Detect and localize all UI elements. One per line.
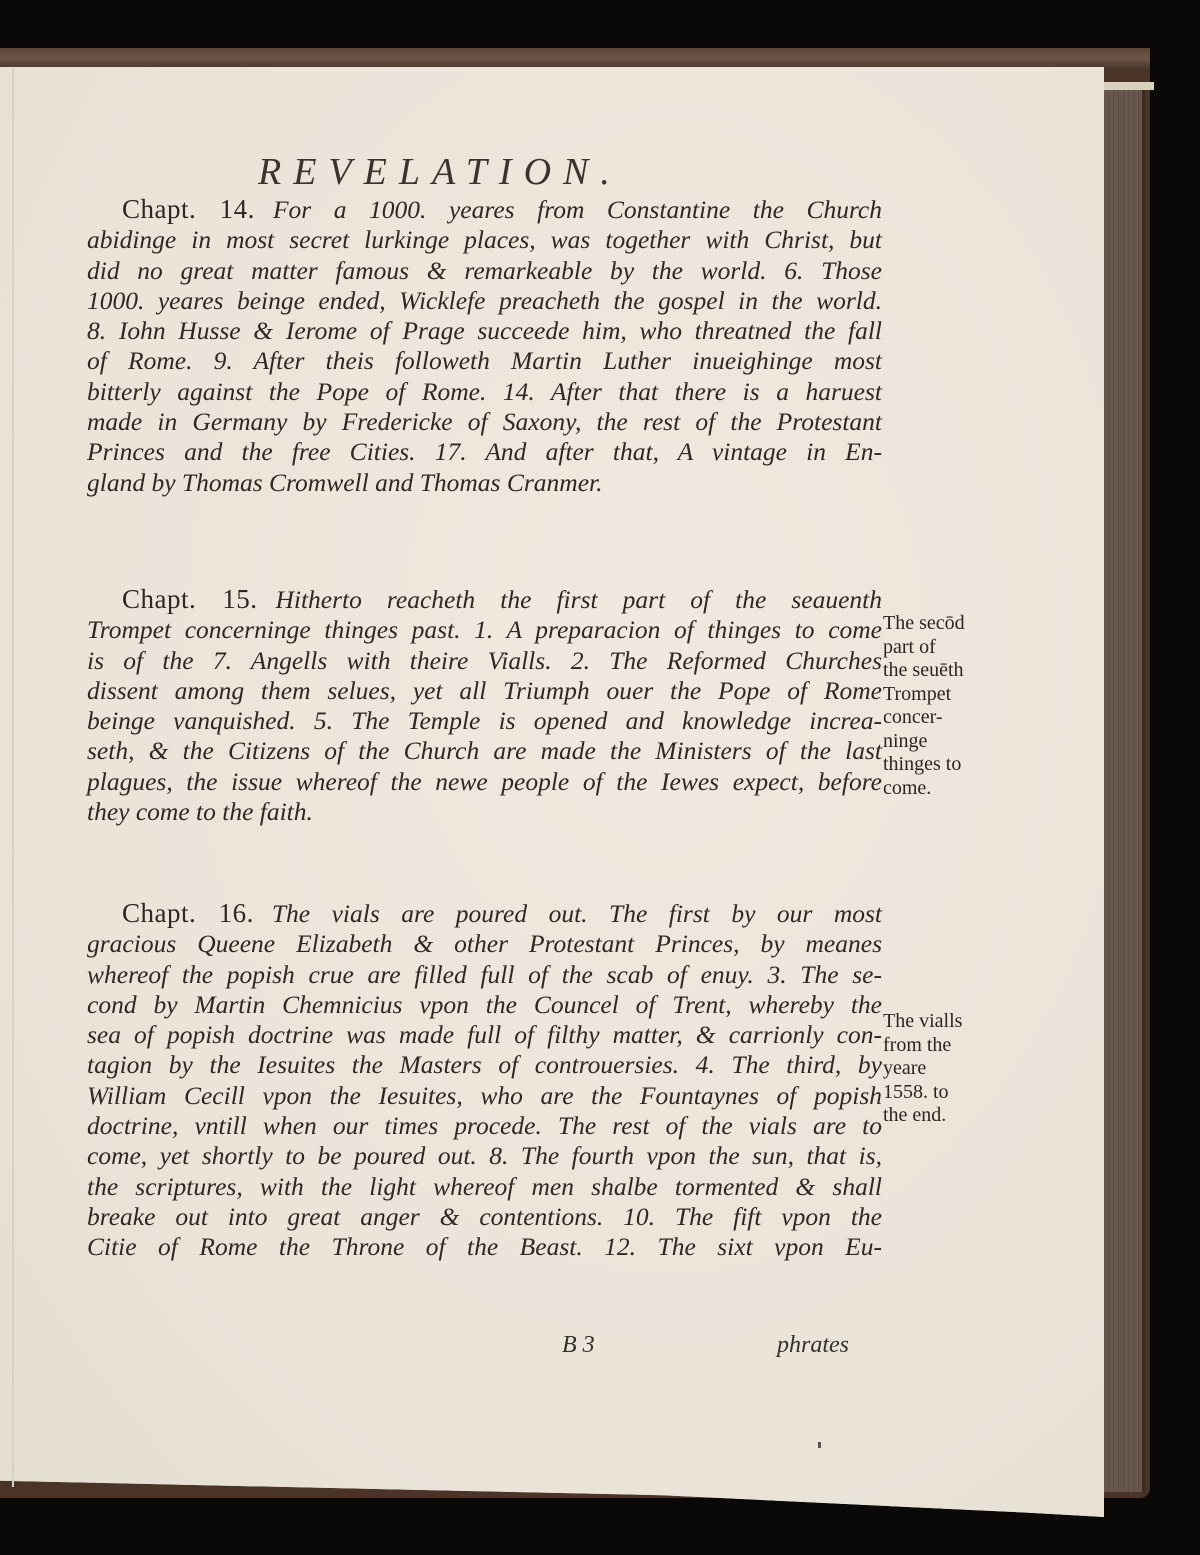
- chapter-15-paragraph: Chapt. 15.Hitherto reacheth the first pa…: [87, 584, 882, 827]
- text-line: is of the 7. Angells with theire Vialls.…: [87, 646, 882, 676]
- text-line: doctrine, vntill when our times procede.…: [87, 1111, 882, 1141]
- text-line: bitterly against the Pope of Rome. 14. A…: [87, 377, 882, 407]
- text-line: tagion by the Iesuites the Masters of co…: [87, 1050, 882, 1080]
- text-line: sea of popish doctrine was made full of …: [87, 1020, 882, 1050]
- catchword: phrates: [777, 1332, 849, 1359]
- text-line: abidinge in most secret lurkinge places,…: [87, 225, 882, 255]
- ink-speck: [818, 1442, 821, 1448]
- gutter-fold: [12, 67, 14, 1487]
- book-cover-top-edge: [0, 48, 1150, 68]
- page-fore-edge: [1100, 82, 1145, 1492]
- text-line: 8. Iohn Husse & Ierome of Prage succeede…: [87, 316, 882, 346]
- text-line: beinge vanquished. 5. The Temple is open…: [87, 706, 882, 736]
- text-line: seth, & the Citizens of the Church are m…: [87, 736, 882, 766]
- text-line: of Rome. 9. After theis followeth Martin…: [87, 346, 882, 376]
- margin-note-vials: The vialls from the yeare 1558. to the e…: [883, 1010, 995, 1128]
- running-head: REVELATION.: [258, 150, 622, 194]
- text-line: breake out into great anger & contention…: [87, 1202, 882, 1232]
- text-line: plagues, the issue whereof the newe peop…: [87, 767, 882, 797]
- chapter-14-paragraph: Chapt. 14.For a 1000. yeares from Consta…: [87, 194, 882, 498]
- text-line: made in Germany by Fredericke of Saxony,…: [87, 407, 882, 437]
- text-line: William Cecill vpon the Iesuites, who ar…: [87, 1081, 882, 1111]
- text-line: whereof the popish crue are filled full …: [87, 960, 882, 990]
- text-line: they come to the faith.: [87, 797, 882, 827]
- text-line: Chapt. 14.For a 1000. yeares from Consta…: [87, 194, 882, 225]
- margin-note-seventh-trumpet: The secōd part of the seuēth Trompet con…: [883, 612, 995, 800]
- chapter-label: Chapt. 16.: [122, 898, 254, 928]
- text-line: come, yet shortly to be poured out. 8. T…: [87, 1141, 882, 1171]
- text-line: Trompet concerninge thinges past. 1. A p…: [87, 615, 882, 645]
- chapter-label: Chapt. 14.: [122, 194, 255, 224]
- text-line: Chapt. 15.Hitherto reacheth the first pa…: [87, 584, 882, 615]
- chapter-16-paragraph: Chapt. 16.The vials are poured out. The …: [87, 898, 882, 1263]
- text-line: cond by Martin Chemnicius vpon the Counc…: [87, 990, 882, 1020]
- text-line: gracious Queene Elizabeth & other Protes…: [87, 929, 882, 959]
- text-line: 1000. yeares beinge ended, Wicklefe prea…: [87, 286, 882, 316]
- chapter-label: Chapt. 15.: [122, 584, 257, 614]
- text-line: Citie of Rome the Throne of the Beast. 1…: [87, 1232, 882, 1262]
- page-fore-edge-top: [1104, 82, 1154, 90]
- text-line: did no great matter famous & remarkeable…: [87, 256, 882, 286]
- text-line: the scriptures, with the light whereof m…: [87, 1172, 882, 1202]
- text-line: Princes and the free Cities. 17. And aft…: [87, 437, 882, 467]
- text-line: Chapt. 16.The vials are poured out. The …: [87, 898, 882, 929]
- text-line: dissent among them selues, yet all Trium…: [87, 676, 882, 706]
- signature-mark: B 3: [562, 1332, 595, 1359]
- text-line: gland by Thomas Cromwell and Thomas Cran…: [87, 468, 882, 498]
